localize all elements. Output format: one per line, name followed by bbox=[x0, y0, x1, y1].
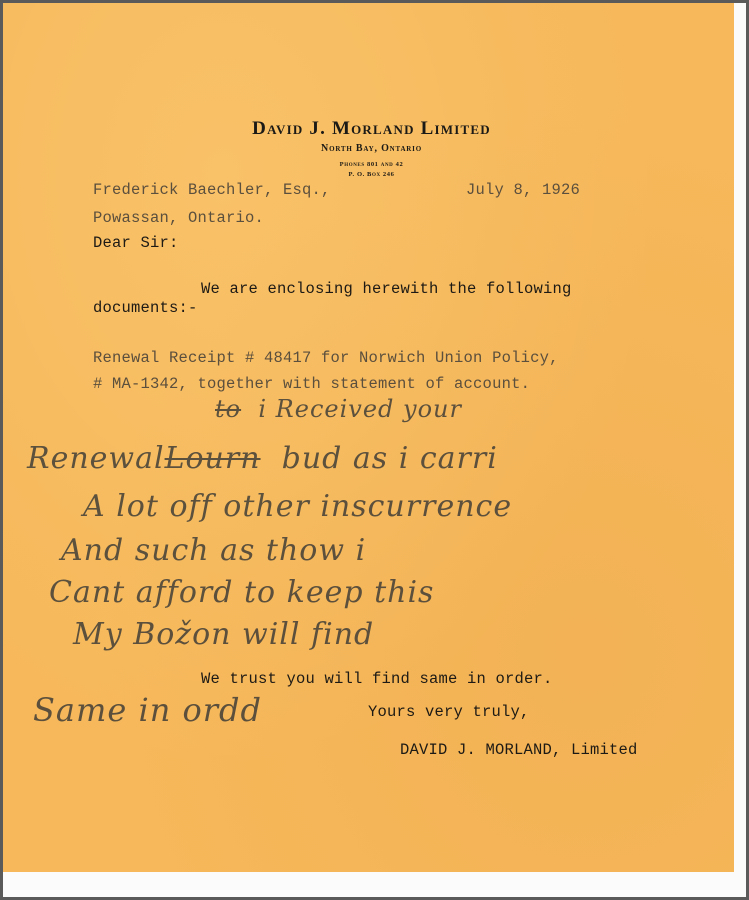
letterhead-po-box: P. O. Box 246 bbox=[6, 171, 737, 178]
body-line-1: We are enclosing herewith the following bbox=[201, 280, 572, 298]
handwriting-line-4: And such as thow i bbox=[61, 533, 366, 568]
handwriting-struck-word: Lourn bbox=[165, 441, 261, 476]
letterhead-company: David J. Morland Limited bbox=[6, 118, 737, 140]
handwriting-text: Renewal bbox=[27, 441, 165, 476]
handwriting-line-1: to i Received your bbox=[215, 395, 462, 423]
handwriting-line-5: Cant afford to keep this bbox=[49, 575, 434, 610]
enclosure-line-1: Renewal Receipt # 48417 for Norwich Unio… bbox=[93, 349, 559, 367]
recipient-name: Frederick Baechler, Esq., bbox=[93, 181, 331, 199]
handwriting-line-6: My Božon will find bbox=[73, 617, 374, 652]
signature-block: DAVID J. MORLAND, Limited bbox=[400, 741, 638, 759]
body-line-2: documents:- bbox=[93, 299, 198, 317]
enclosure-line-2: # MA-1342, together with statement of ac… bbox=[93, 375, 530, 393]
letterhead-phones: Phones 801 and 42 bbox=[6, 161, 737, 168]
handwriting-text: bud as i carri bbox=[282, 441, 498, 476]
valediction: Yours very truly, bbox=[368, 703, 530, 721]
recipient-place: Powassan, Ontario. bbox=[93, 209, 264, 227]
scan-frame: David J. Morland Limited North Bay, Onta… bbox=[3, 3, 746, 897]
handwriting-struck-word: to bbox=[215, 395, 241, 423]
handwriting-line-3: A lot off other inscurrence bbox=[83, 489, 512, 524]
closing-line: We trust you will find same in order. bbox=[201, 670, 553, 688]
letter-date: July 8, 1926 bbox=[466, 181, 580, 199]
handwriting-line-7: Same in ordd bbox=[33, 691, 262, 729]
letterhead-city: North Bay, Ontario bbox=[6, 143, 737, 154]
salutation: Dear Sir: bbox=[93, 234, 179, 252]
letter-page: David J. Morland Limited North Bay, Onta… bbox=[3, 3, 734, 872]
handwriting-line-2: RenewalLourn bud as i carri bbox=[27, 441, 498, 476]
handwriting-text: i Received your bbox=[258, 395, 462, 423]
